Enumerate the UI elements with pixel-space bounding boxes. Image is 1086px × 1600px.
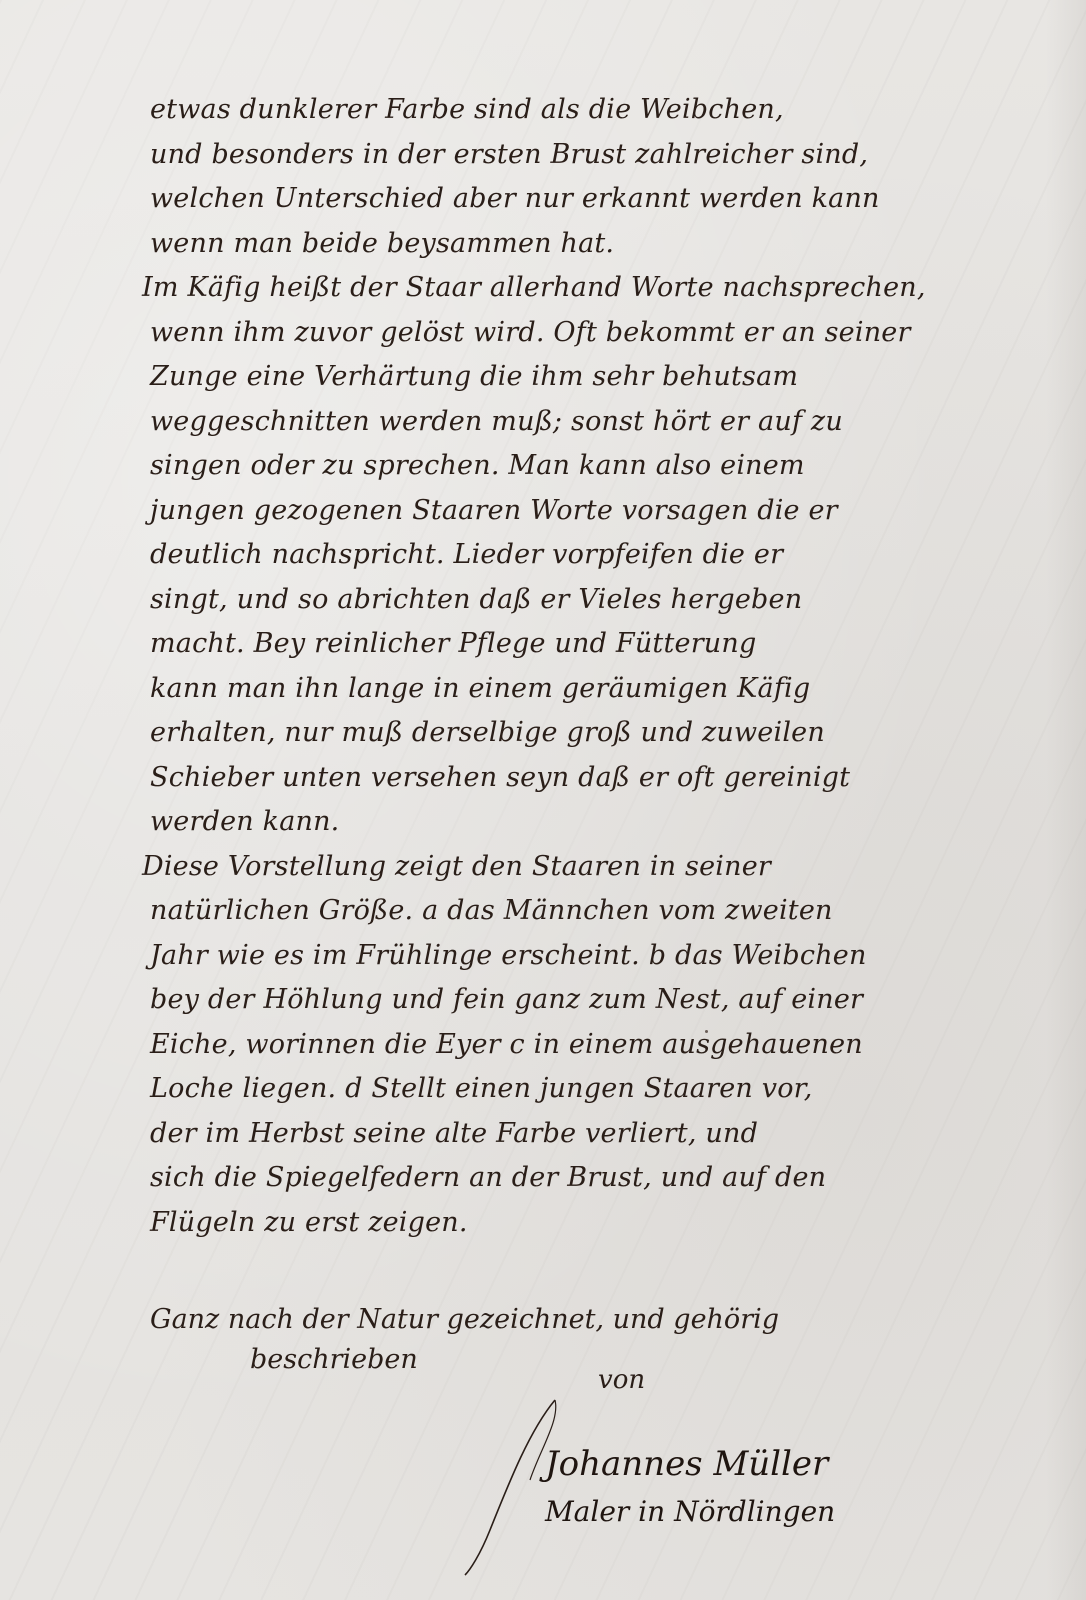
manuscript-line-19: natürlichen Größe. a das Männchen vom zw… xyxy=(150,889,1080,934)
manuscript-line-22: Eiche, worinnen die Eyer c in einem ausg… xyxy=(150,1023,1080,1068)
manuscript-line-1: etwas dunklerer Farbe sind als die Weibc… xyxy=(150,88,1080,133)
manuscript-line-14: kann man ihn lange in einem geräumigen K… xyxy=(150,667,1080,712)
manuscript-line-10: jungen gezogenen Staaren Worte vorsagen … xyxy=(150,489,1080,534)
manuscript-line-26: Flügeln zu erst zeigen. xyxy=(150,1201,1080,1246)
manuscript-line-23: Loche liegen. d Stellt einen jungen Staa… xyxy=(150,1067,1080,1112)
closing-line-2: beschrieben xyxy=(250,1340,779,1380)
manuscript-line-21: bey der Höhlung und fein ganz zum Nest, … xyxy=(150,978,1080,1023)
manuscript-line-5: Im Käfig heißt der Staar allerhand Worte… xyxy=(142,266,1080,311)
signature-title: Maler in Nördlingen xyxy=(545,1488,835,1536)
manuscript-line-2: und besonders in der ersten Brust zahlre… xyxy=(150,133,1080,178)
closing-statement: Ganz nach der Natur gezeichnet, und gehö… xyxy=(150,1300,779,1380)
closing-line-1: Ganz nach der Natur gezeichnet, und gehö… xyxy=(150,1304,779,1335)
signature-block: Johannes Müller Maler in Nördlingen xyxy=(545,1440,835,1536)
manuscript-line-7: Zunge eine Verhärtung die ihm sehr behut… xyxy=(150,355,1080,400)
manuscript-line-12: singt, und so abrichten daß er Vieles he… xyxy=(150,578,1080,623)
manuscript-line-8: weggeschnitten werden muß; sonst hört er… xyxy=(150,400,1080,445)
manuscript-line-15: erhalten, nur muß derselbige groß und zu… xyxy=(150,711,1080,756)
manuscript-line-18: Diese Vorstellung zeigt den Staaren in s… xyxy=(142,845,1080,890)
manuscript-line-25: sich die Spiegelfedern an der Brust, und… xyxy=(150,1156,1080,1201)
manuscript-line-4: wenn man beide beysammen hat. xyxy=(150,222,1080,267)
manuscript-line-11: deutlich nachspricht. Lieder vorpfeifen … xyxy=(150,533,1080,578)
ink-dot xyxy=(705,1030,708,1033)
manuscript-line-6: wenn ihm zuvor gelöst wird. Oft bekommt … xyxy=(150,311,1080,356)
manuscript-line-9: singen oder zu sprechen. Man kann also e… xyxy=(150,444,1080,489)
manuscript-line-3: welchen Unterschied aber nur erkannt wer… xyxy=(150,177,1080,222)
manuscript-line-17: werden kann. xyxy=(150,800,1080,845)
closing-von: von xyxy=(598,1365,645,1395)
manuscript-line-16: Schieber unten versehen seyn daß er oft … xyxy=(150,756,1080,801)
manuscript-line-13: macht. Bey reinlicher Pflege und Fütteru… xyxy=(150,622,1080,667)
manuscript-body: etwas dunklerer Farbe sind als die Weibc… xyxy=(150,88,1080,1245)
manuscript-line-20: Jahr wie es im Frühlinge erscheint. b da… xyxy=(150,934,1080,979)
signature-name: Johannes Müller xyxy=(545,1440,835,1488)
manuscript-line-24: der im Herbst seine alte Farbe verliert,… xyxy=(150,1112,1080,1157)
